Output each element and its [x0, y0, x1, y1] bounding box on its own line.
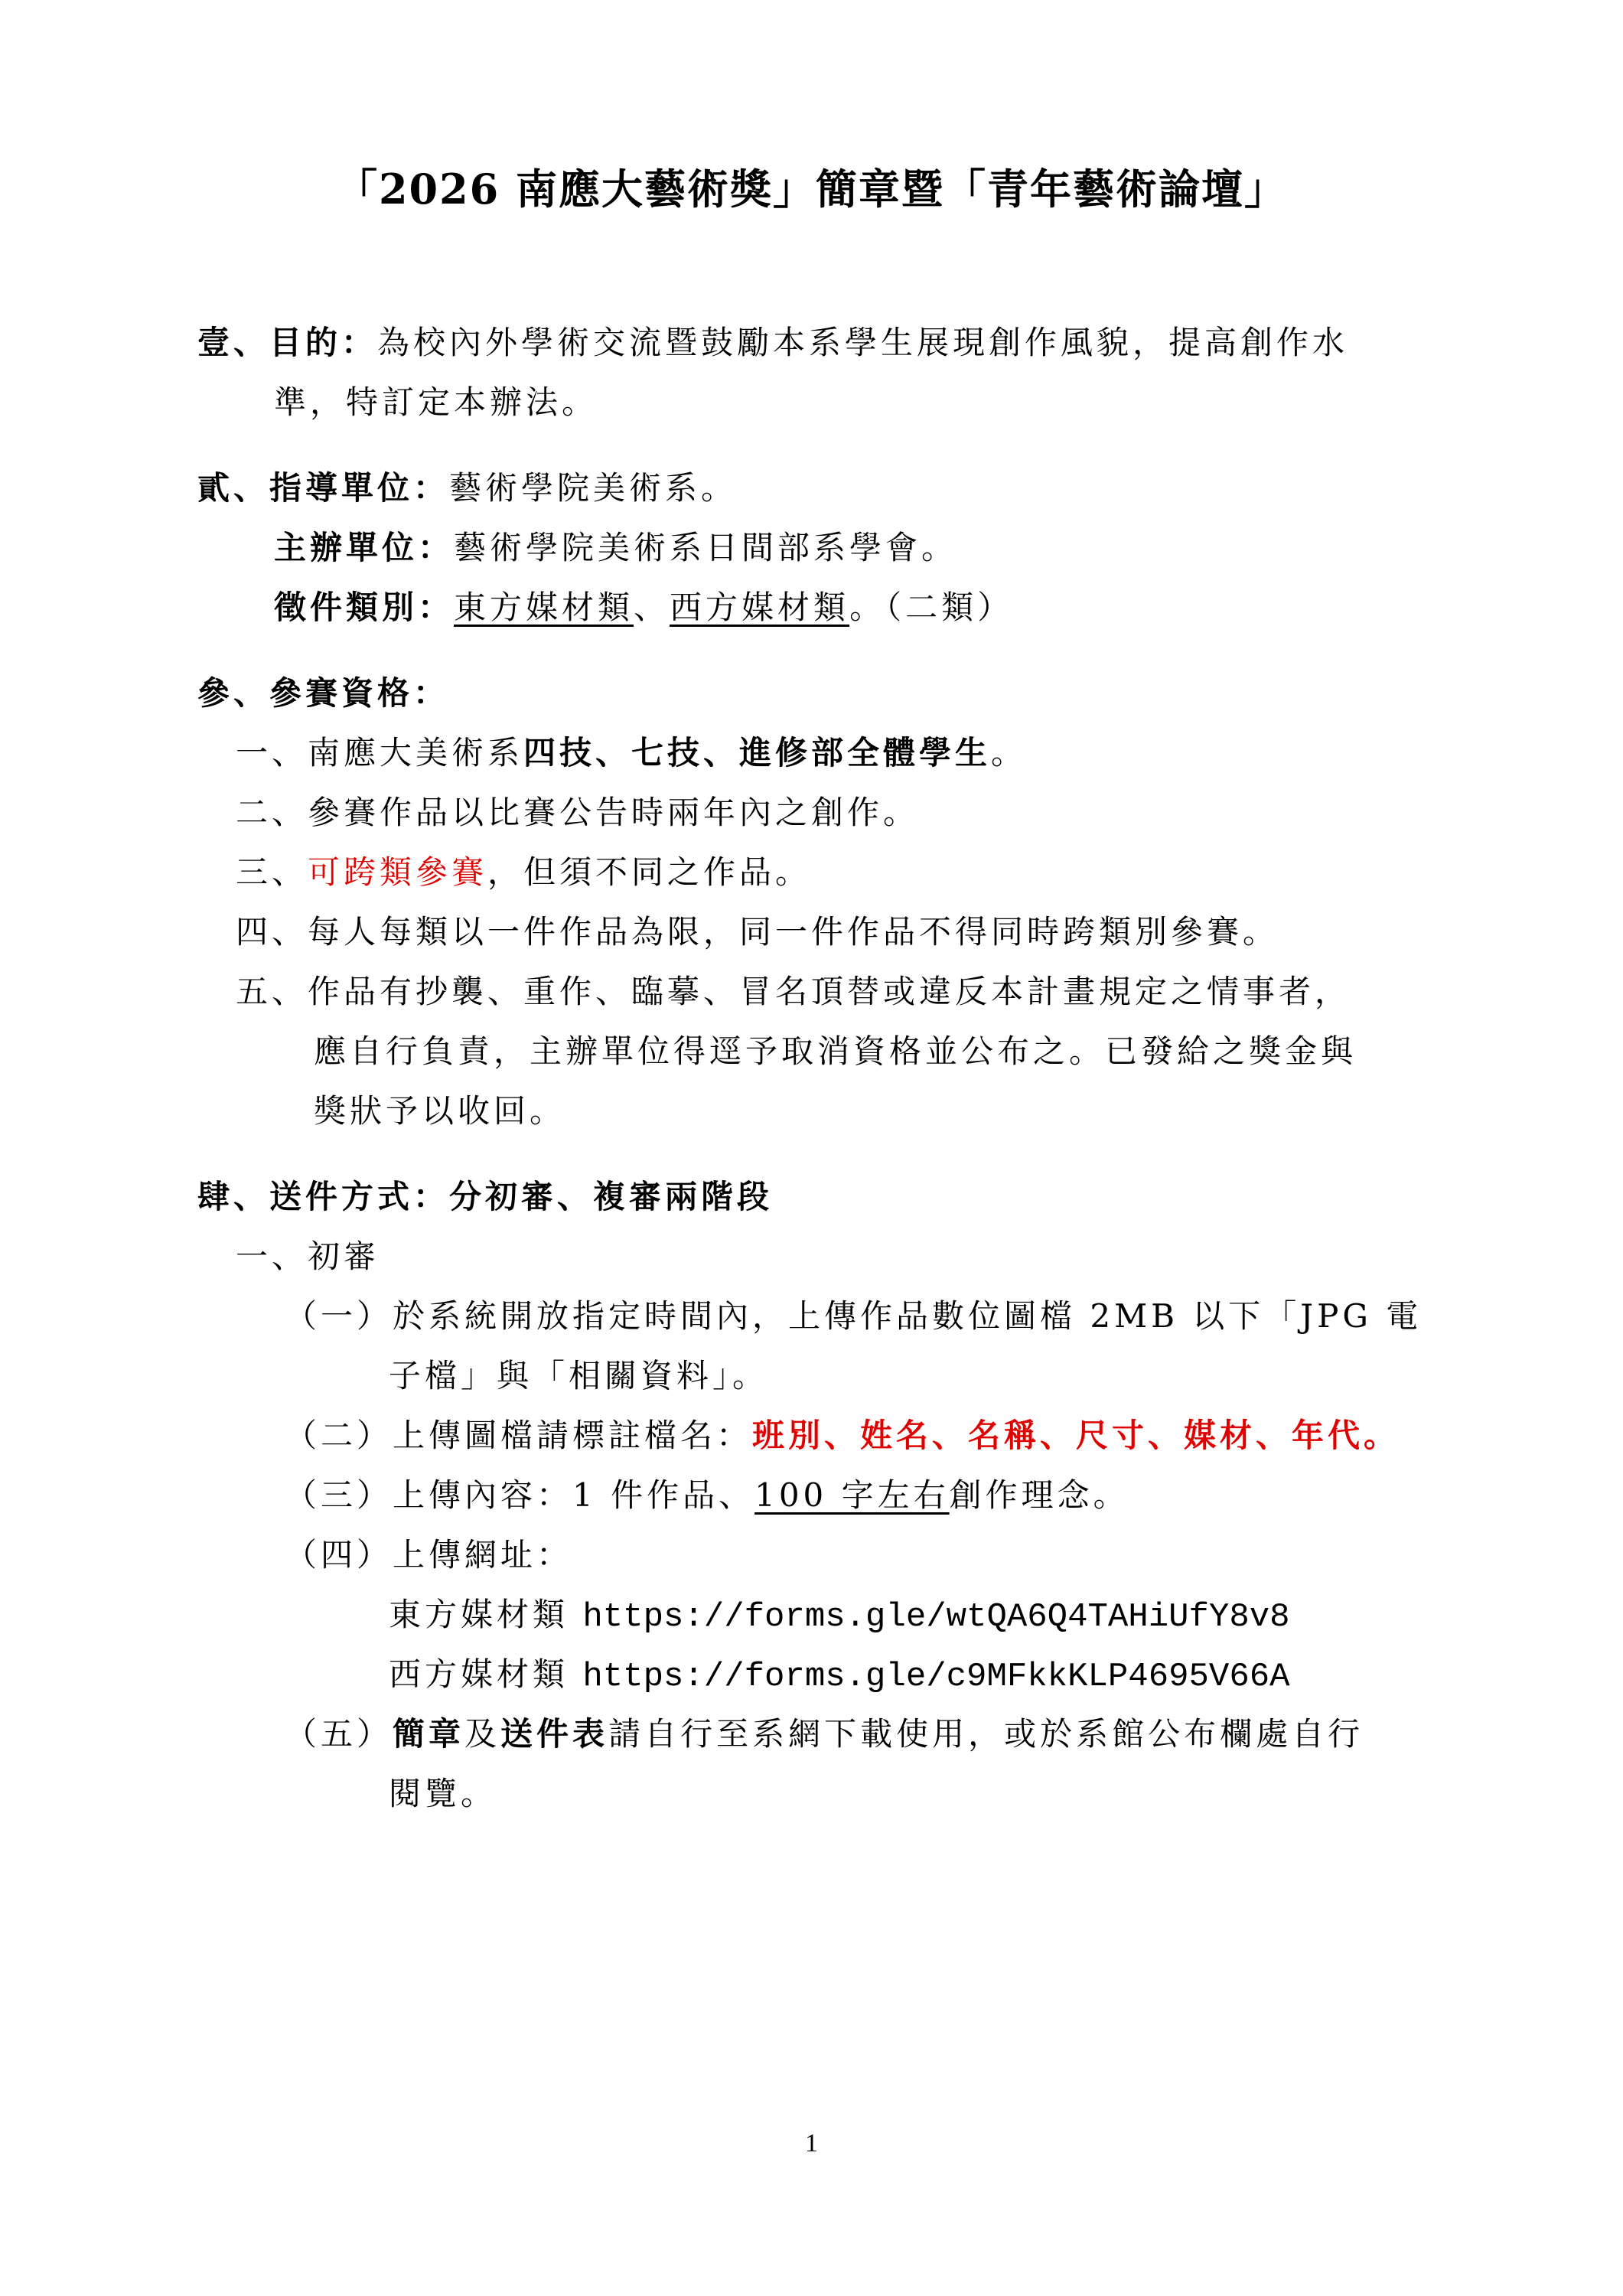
section-eligibility-heading: 參、參賽資格：	[197, 670, 449, 716]
document-title: 「2026 南應大藝術獎」簡章暨「青年藝術論壇」	[0, 157, 1623, 216]
document-page: 「2026 南應大藝術獎」簡章暨「青年藝術論壇」 壹、目的：為校內外學術交流暨鼓…	[0, 0, 1623, 2296]
item-highlight: 可跨類參賽	[308, 853, 487, 891]
item-text: 。	[991, 734, 1027, 771]
item-text: 上傳圖檔請標註檔名：	[393, 1417, 752, 1454]
item-number: 一、	[236, 734, 308, 771]
category-label: 徵件類別：	[274, 589, 454, 626]
item-text: 上傳內容：1 件作品、	[393, 1476, 754, 1514]
url-link[interactable]: https://forms.gle/wtQA6Q4TAHiUfY8v8	[582, 1598, 1289, 1636]
submission-item-5-cont: 閱覽。	[389, 1771, 497, 1817]
item-emphasis: 四技、七技、進修部全體學生	[523, 734, 991, 771]
item-text: 每人每類以一件作品為限，同一件作品不得同時跨類別參賽。	[308, 913, 1279, 951]
host-unit-label: 主辦單位：	[274, 529, 454, 566]
item-number: （五）	[285, 1715, 393, 1753]
submission-item-3: （三）上傳內容：1 件作品、100 字左右創作理念。	[285, 1473, 1129, 1518]
item-emphasis: 送件表	[500, 1715, 608, 1753]
item-text: 創作理念。	[950, 1476, 1129, 1514]
item-number: （一）	[285, 1297, 393, 1335]
url-label: 東方媒材類	[389, 1596, 569, 1633]
eligibility-item-1: 一、南應大美術系四技、七技、進修部全體學生。	[236, 730, 1027, 776]
eligibility-item-4: 四、每人每類以一件作品為限，同一件作品不得同時跨類別參賽。	[236, 909, 1279, 955]
host-unit-value: 藝術學院美術系日間部系學會。	[454, 529, 957, 566]
url-link[interactable]: https://forms.gle/c9MFkkKLP4695V66A	[582, 1658, 1289, 1696]
item-text: 參賽作品以比賽公告時兩年內之創作。	[308, 794, 919, 831]
categories: 徵件類別：東方媒材類、西方媒材類。（二類）	[274, 585, 1013, 631]
section-guide-unit: 貳、指導單位：藝術學院美術系。	[197, 465, 737, 511]
section-purpose: 壹、目的：為校內外學術交流暨鼓勵本系學生展現創作風貌，提高創作水	[197, 320, 1348, 366]
item-number: 五、	[236, 973, 308, 1010]
item-underline: 100 字左右	[754, 1476, 950, 1514]
guide-unit-value: 藝術學院美術系。	[449, 469, 737, 507]
item-number: 三、	[236, 853, 308, 891]
item-highlight: 班別、姓名、名稱、尺寸、媒材、年代。	[752, 1417, 1400, 1454]
submission-item-5: （五）簡章及送件表請自行至系網下載使用，或於系館公布欄處自行	[285, 1711, 1364, 1757]
section-submission-heading: 肆、送件方式：分初審、複審兩階段	[197, 1174, 773, 1220]
item-text: 請自行至系網下載使用，或於系館公布欄處自行	[608, 1715, 1364, 1753]
submission-item-1-cont: 子檔」與「相關資料」。	[389, 1353, 768, 1399]
url-label: 西方媒材類	[389, 1655, 569, 1693]
item-text: 作品有抄襲、重作、臨摹、冒名頂替或違反本計畫規定之情事者，	[308, 973, 1351, 1010]
category-suffix: 。（二類）	[849, 589, 1013, 626]
submission-item-1: （一）於系統開放指定時間內，上傳作品數位圖檔 2MB 以下「JPG 電	[285, 1293, 1422, 1339]
url-west: 西方媒材類 https://forms.gle/c9MFkkKLP4695V66…	[389, 1652, 1290, 1700]
item-number: 四、	[236, 913, 308, 951]
item-emphasis: 簡章	[393, 1715, 464, 1753]
section-purpose-cont: 準，特訂定本辦法。	[274, 380, 598, 426]
eligibility-item-3: 三、可跨類參賽，但須不同之作品。	[236, 850, 811, 895]
section-heading: 貳、指導單位：	[197, 469, 449, 507]
item-number: （四）	[285, 1536, 393, 1574]
submission-item-4: （四）上傳網址：	[285, 1532, 572, 1578]
category-west: 西方媒材類	[670, 589, 849, 626]
eligibility-item-2: 二、參賽作品以比賽公告時兩年內之創作。	[236, 790, 919, 836]
eligibility-item-5-cont: 應自行負責，主辦單位得逕予取消資格並公布之。已發給之獎金與	[314, 1029, 1357, 1075]
eligibility-item-5: 五、作品有抄襲、重作、臨摹、冒名頂替或違反本計畫規定之情事者，	[236, 969, 1351, 1015]
page-number: 1	[0, 2129, 1623, 2158]
submission-item-2: （二）上傳圖檔請標註檔名：班別、姓名、名稱、尺寸、媒材、年代。	[285, 1413, 1400, 1459]
item-number: （三）	[285, 1476, 393, 1514]
eligibility-item-5-cont: 獎狀予以收回。	[314, 1088, 565, 1134]
url-east: 東方媒材類 https://forms.gle/wtQA6Q4TAHiUfY8v…	[389, 1592, 1290, 1640]
item-text: ，但須不同之作品。	[487, 853, 811, 891]
item-number: （二）	[285, 1417, 393, 1454]
item-number: 二、	[236, 794, 308, 831]
category-east: 東方媒材類	[454, 589, 634, 626]
item-text: 南應大美術系	[308, 734, 523, 771]
item-text: 及	[464, 1715, 500, 1753]
host-unit: 主辦單位：藝術學院美術系日間部系學會。	[274, 525, 957, 571]
section-text: 為校內外學術交流暨鼓勵本系學生展現創作風貌，提高創作水	[377, 324, 1348, 361]
item-text: 上傳網址：	[393, 1536, 572, 1574]
submission-stage-1: 一、初審	[236, 1234, 380, 1280]
item-text: 於系統開放指定時間內，上傳作品數位圖檔 2MB 以下「JPG 電	[393, 1297, 1422, 1335]
section-heading: 壹、目的：	[197, 324, 377, 361]
category-separator: 、	[634, 589, 670, 626]
